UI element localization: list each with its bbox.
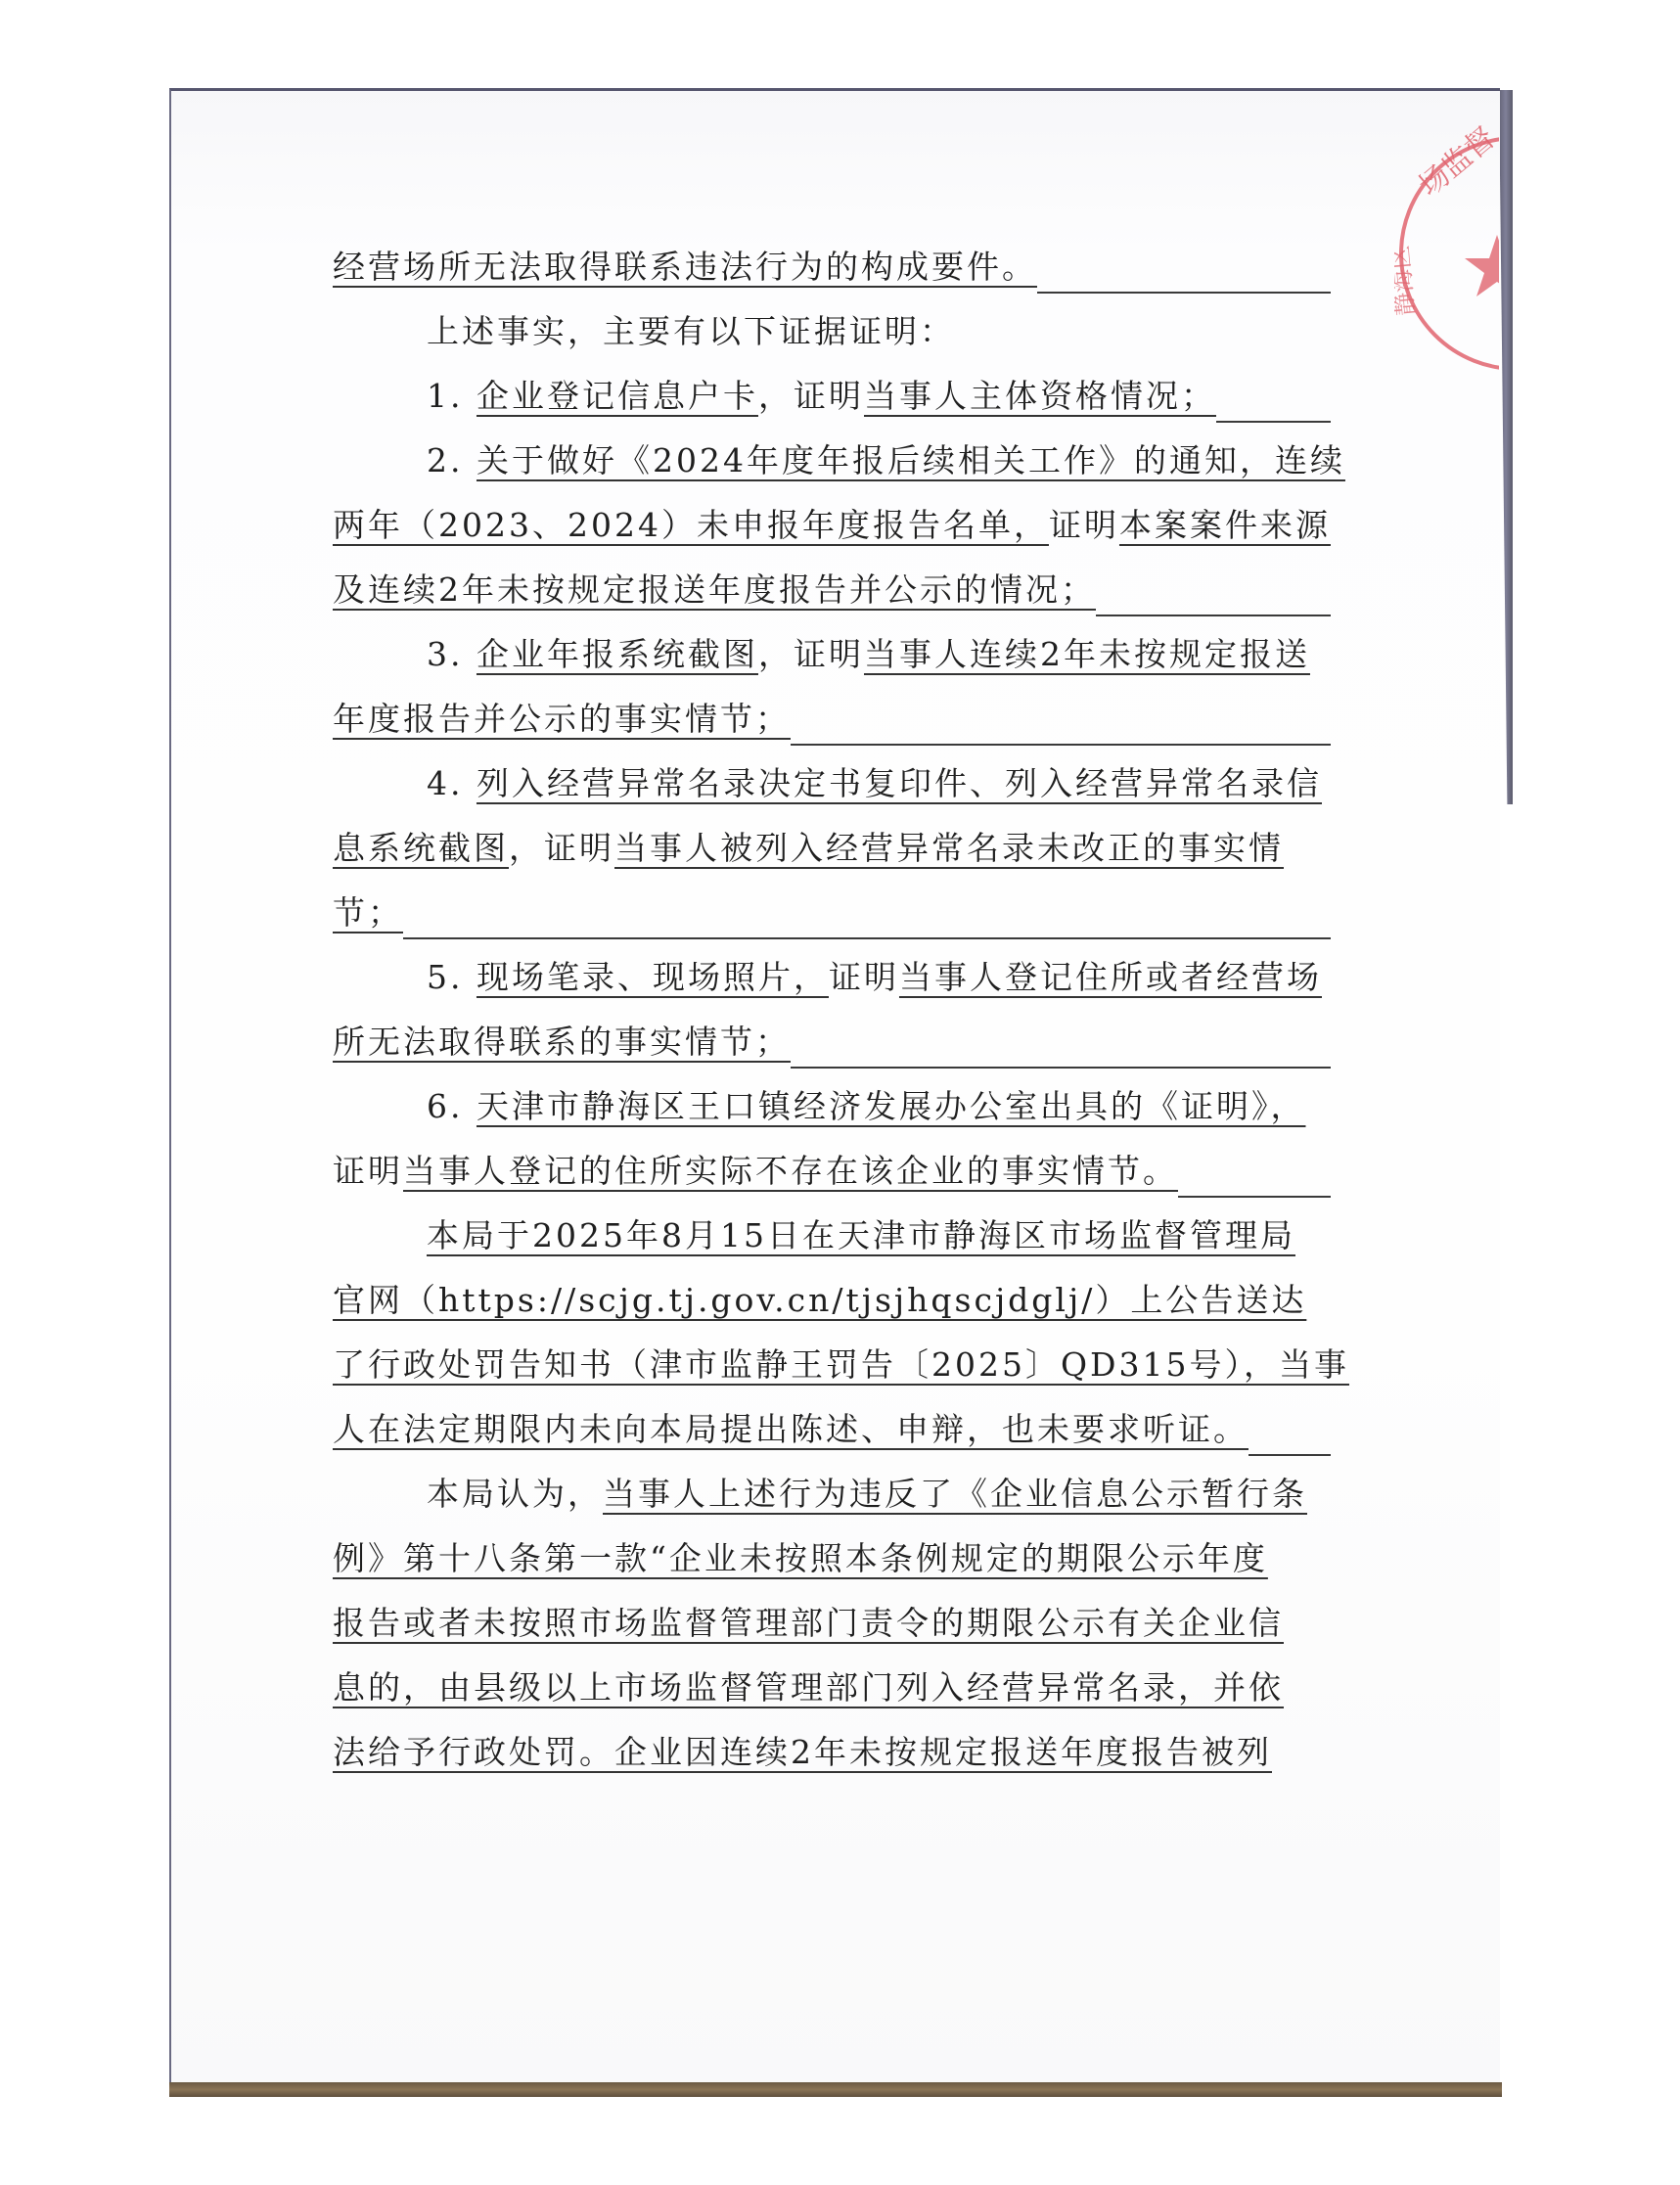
underline-rule [791,1067,1331,1069]
text-line: 上述事实，主要有以下证据证明： [333,299,1331,364]
underlined-text: 报告或者未按照市场监督管理部门责令的期限公示有关企业信 [333,1604,1284,1642]
text-line: 息系统截图，证明当事人被列入经营异常名录未改正的事实情 [333,816,1331,881]
plain-text: 本局认为， [427,1475,603,1513]
underlined-text: 例》第十八条第一款“企业未按照本条例规定的期限公示年度 [333,1539,1268,1577]
text-line: 节； [333,881,1331,945]
plain-text: 证明 [829,958,899,996]
page-bottom-edge [169,2082,1502,2097]
underline-rule [1249,1454,1331,1456]
underline-rule [403,937,1331,939]
background-strip [1499,90,1513,804]
underlined-text: 本案案件来源 [1119,506,1331,544]
text-line: 年度报告并公示的事实情节； [333,687,1331,751]
underline-rule [1037,292,1331,294]
underlined-text: 节； [333,893,403,932]
underlined-text: 息的，由县级以上市场监督管理部门列入经营异常名录，并依 [333,1668,1284,1707]
underlined-text: 关于做好《2024年度年报后续相关工作》的通知，连续 [477,441,1345,479]
plain-text: 证明 [333,1152,403,1190]
plain-text: ，证明 [758,377,864,415]
underlined-text: 所无法取得联系的事实情节； [333,1023,791,1061]
underline-rule [1216,421,1331,423]
underlined-text: 本局于2025年8月15日在天津市静海区市场监督管理局 [427,1216,1295,1254]
svg-text:场监督: 场监督 [1413,120,1499,204]
text-line: 经营场所无法取得联系违法行为的构成要件。 [333,235,1331,299]
text-line: 了行政处罚告知书（津市监静王罚告〔2025〕QD315号），当事 [333,1333,1331,1397]
text-line: 及连续2年未按规定报送年度报告并公示的情况； [333,558,1331,622]
plain-text: ，证明 [509,829,614,867]
underline-rule [1178,1196,1331,1198]
document-body: 经营场所无法取得联系违法行为的构成要件。上述事实，主要有以下证据证明：1. 企业… [333,235,1331,1785]
underlined-text: 经营场所无法取得联系违法行为的构成要件。 [333,248,1037,286]
underlined-text: 及连续2年未按规定报送年度报告并公示的情况； [333,570,1096,609]
text-line: 6. 天津市静海区王口镇经济发展办公室出具的《证明》， [333,1074,1331,1139]
underlined-text: 息系统截图 [333,829,509,867]
underlined-text: 两年（2023、2024）未申报年度报告名单， [333,506,1049,544]
text-line: 1. 企业登记信息户卡，证明当事人主体资格情况； [333,364,1331,429]
underlined-text: 当事人登记住所或者经营场 [899,958,1322,996]
plain-text: 1. [427,377,477,415]
text-line: 3. 企业年报系统截图，证明当事人连续2年未按规定报送 [333,622,1331,687]
underlined-text: 天津市静海区王口镇经济发展办公室出具的《证明》， [477,1087,1306,1125]
plain-text: 证明 [1049,506,1119,544]
underlined-text: 当事人主体资格情况； [864,377,1216,415]
text-line: 证明当事人登记的住所实际不存在该企业的事实情节。 [333,1139,1331,1204]
text-line: 5. 现场笔录、现场照片，证明当事人登记住所或者经营场 [333,945,1331,1010]
underline-rule [1096,615,1331,616]
text-line: 两年（2023、2024）未申报年度报告名单，证明本案案件来源 [333,493,1331,558]
underlined-text: 年度报告并公示的事实情节； [333,700,791,738]
plain-text: 3. [427,635,477,673]
plain-text: 4. [427,764,477,802]
underlined-text: 当事人上述行为违反了《企业信息公示暂行条 [603,1475,1307,1513]
underlined-text: 当事人被列入经营异常名录未改正的事实情 [614,829,1284,867]
text-line: 官网（https://scjg.tj.gov.cn/tjsjhqscjdglj/… [333,1268,1331,1333]
text-line: 本局于2025年8月15日在天津市静海区市场监督管理局 [333,1204,1331,1268]
plain-text: 上述事实，主要有以下证据证明： [427,312,955,350]
text-line: 例》第十八条第一款“企业未按照本条例规定的期限公示年度 [333,1526,1331,1591]
text-line: 4. 列入经营异常名录决定书复印件、列入经营异常名录信 [333,751,1331,816]
underlined-text: 当事人连续2年未按规定报送 [864,635,1310,673]
plain-text: ，证明 [758,635,864,673]
plain-text: 5. [427,958,477,996]
underlined-text: 企业登记信息户卡 [477,377,758,415]
text-line: 人在法定期限内未向本局提出陈述、申辩，也未要求听证。 [333,1397,1331,1462]
underline-rule [791,744,1331,746]
underlined-text: 当事人登记的住所实际不存在该企业的事实情节。 [403,1152,1178,1190]
text-line: 法给予行政处罚。企业因连续2年未按规定报送年度报告被列 [333,1720,1331,1785]
underlined-text: 法给予行政处罚。企业因连续2年未按规定报送年度报告被列 [333,1733,1272,1771]
svg-text:静海区: 静海区 [1394,245,1420,317]
underlined-text: 列入经营异常名录决定书复印件、列入经营异常名录信 [477,764,1322,802]
plain-text: 6. [427,1087,477,1125]
text-line: 本局认为，当事人上述行为违反了《企业信息公示暂行条 [333,1462,1331,1526]
underlined-text: 了行政处罚告知书（津市监静王罚告〔2025〕QD315号），当事 [333,1345,1349,1384]
text-line: 息的，由县级以上市场监督管理部门列入经营异常名录，并依 [333,1656,1331,1720]
text-line: 2. 关于做好《2024年度年报后续相关工作》的通知，连续 [333,429,1331,493]
underlined-text: 现场笔录、现场照片， [477,958,829,996]
underlined-text: 企业年报系统截图 [477,635,758,673]
plain-text: 2. [427,441,477,479]
red-official-seal-icon: 场监督 静海区 [1394,119,1499,388]
underlined-text: 人在法定期限内未向本局提出陈述、申辩，也未要求听证。 [333,1410,1249,1448]
underlined-text: 官网（https://scjg.tj.gov.cn/tjsjhqscjdglj/… [333,1281,1306,1319]
text-line: 报告或者未按照市场监督管理部门责令的期限公示有关企业信 [333,1591,1331,1656]
text-line: 所无法取得联系的事实情节； [333,1010,1331,1074]
